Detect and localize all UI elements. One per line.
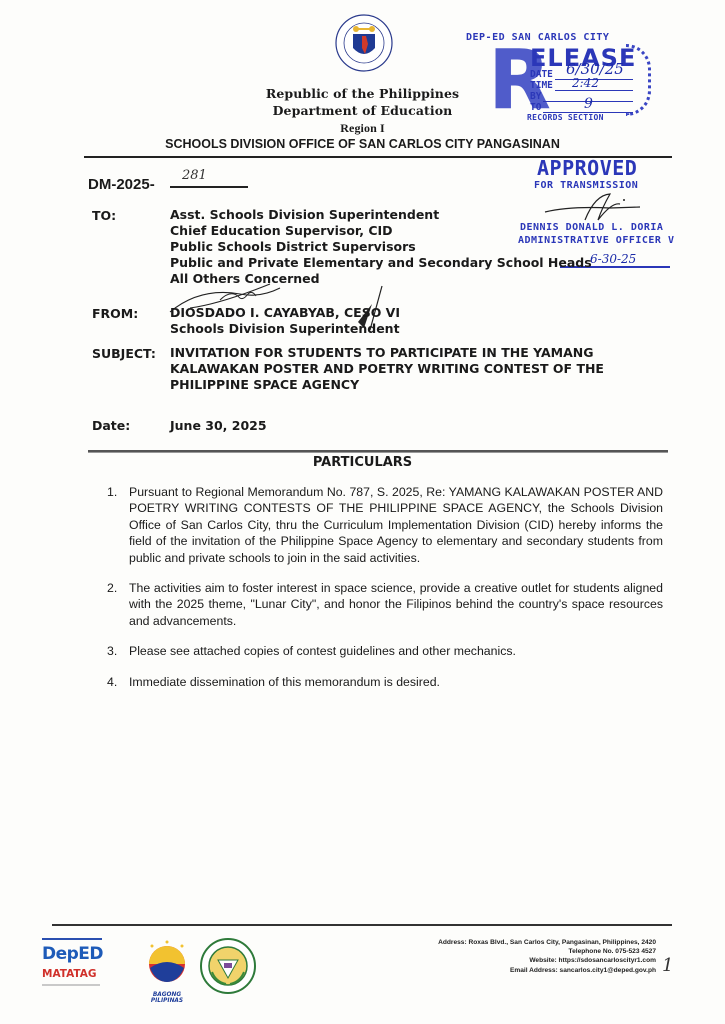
item-number: 4. — [107, 674, 129, 690]
particular-item: 3. Please see attached copies of contest… — [107, 643, 663, 659]
bagong-pilipinas-emblem-icon — [138, 938, 196, 988]
memo-number-handwritten: 281 — [182, 168, 207, 183]
deped-seal-icon — [335, 14, 393, 72]
bagong-pilipinas-text: BAGONG PILIPINAS — [138, 992, 196, 1004]
stamp-field-to: TO — [530, 103, 541, 113]
particulars-list: 1. Pursuant to Regional Memorandum No. 7… — [107, 484, 663, 704]
approved-handwritten-date: 6-30-25 — [590, 252, 636, 266]
footer-divider — [52, 924, 672, 926]
released-handwritten-to: 9 — [584, 96, 593, 112]
recipient: Asst. Schools Division Superintendent — [170, 207, 592, 223]
from-label: FROM: — [92, 306, 138, 321]
particular-item: 1. Pursuant to Regional Memorandum No. 7… — [107, 484, 663, 566]
sdo-san-carlos-seal-icon — [200, 938, 256, 994]
recipient: Chief Education Supervisor, CID — [170, 223, 592, 239]
subject-label: SUBJECT: — [92, 346, 156, 361]
released-handwritten-time: 2:42 — [572, 76, 599, 90]
item-text: Please see attached copies of contest gu… — [129, 643, 663, 659]
address-text: Address: Roxas Blvd., San Carlos City, P… — [360, 938, 656, 947]
item-number: 3. — [107, 643, 129, 659]
stamp-field-time: TIME — [530, 81, 553, 91]
matatag-logo-text: MATATAG — [42, 967, 102, 981]
recipient: Public Schools District Supervisors — [170, 239, 592, 255]
to-label: TO: — [92, 208, 116, 223]
particulars-divider — [88, 450, 668, 452]
stamp-field-date: DATE — [530, 70, 553, 80]
sender-name: DIOSDADO I. CAYABYAB, CESO VI — [170, 305, 400, 321]
memo-number-prefix: DM-2025- — [88, 176, 155, 193]
email-link[interactable]: Email Address: sancarlos.city1@deped.gov… — [360, 966, 656, 975]
sender-position: Schools Division Superintendent — [170, 321, 400, 337]
approved-stamp-title: APPROVED — [537, 156, 637, 180]
date-value: June 30, 2025 — [170, 418, 267, 434]
item-number: 2. — [107, 580, 129, 629]
region-heading: Region I — [0, 121, 725, 136]
recipient: Public and Private Elementary and Second… — [170, 255, 592, 271]
subject-text: INVITATION FOR STUDENTS TO PARTICIPATE I… — [170, 345, 610, 393]
item-text: The activities aim to foster interest in… — [129, 580, 663, 629]
footer-contact-info: Address: Roxas Blvd., San Carlos City, P… — [360, 938, 656, 975]
item-text: Immediate dissemination of this memorand… — [129, 674, 663, 690]
page-number: 1 — [662, 955, 673, 976]
memo-number-underline — [170, 186, 248, 188]
to-recipients: Asst. Schools Division Superintendent Ch… — [170, 207, 592, 287]
item-text: Pursuant to Regional Memorandum No. 787,… — [129, 484, 663, 566]
deped-logo-text: DepED — [42, 944, 102, 964]
particular-item: 4. Immediate dissemination of this memor… — [107, 674, 663, 690]
date-label: Date: — [92, 418, 130, 433]
office-heading: SCHOOLS DIVISION OFFICE OF SAN CARLOS CI… — [0, 137, 725, 151]
item-number: 1. — [107, 484, 129, 566]
particulars-heading: PARTICULARS — [0, 455, 725, 470]
telephone-text: Telephone No. 075-523 4527 — [360, 947, 656, 956]
stamp-field-by: BY — [530, 92, 541, 102]
particular-item: 2. The activities aim to foster interest… — [107, 580, 663, 629]
from-sender: DIOSDADO I. CAYABYAB, CESO VI Schools Di… — [170, 305, 400, 337]
bagong-pilipinas-logo: BAGONG PILIPINAS — [138, 938, 196, 1000]
released-stamp-bottom-text: RECORDS SECTION — [527, 113, 604, 122]
website-link[interactable]: Website: https://sdosancarloscityr1.com — [360, 956, 656, 965]
deped-matatag-logo: DepED MATATAG — [42, 938, 102, 1000]
